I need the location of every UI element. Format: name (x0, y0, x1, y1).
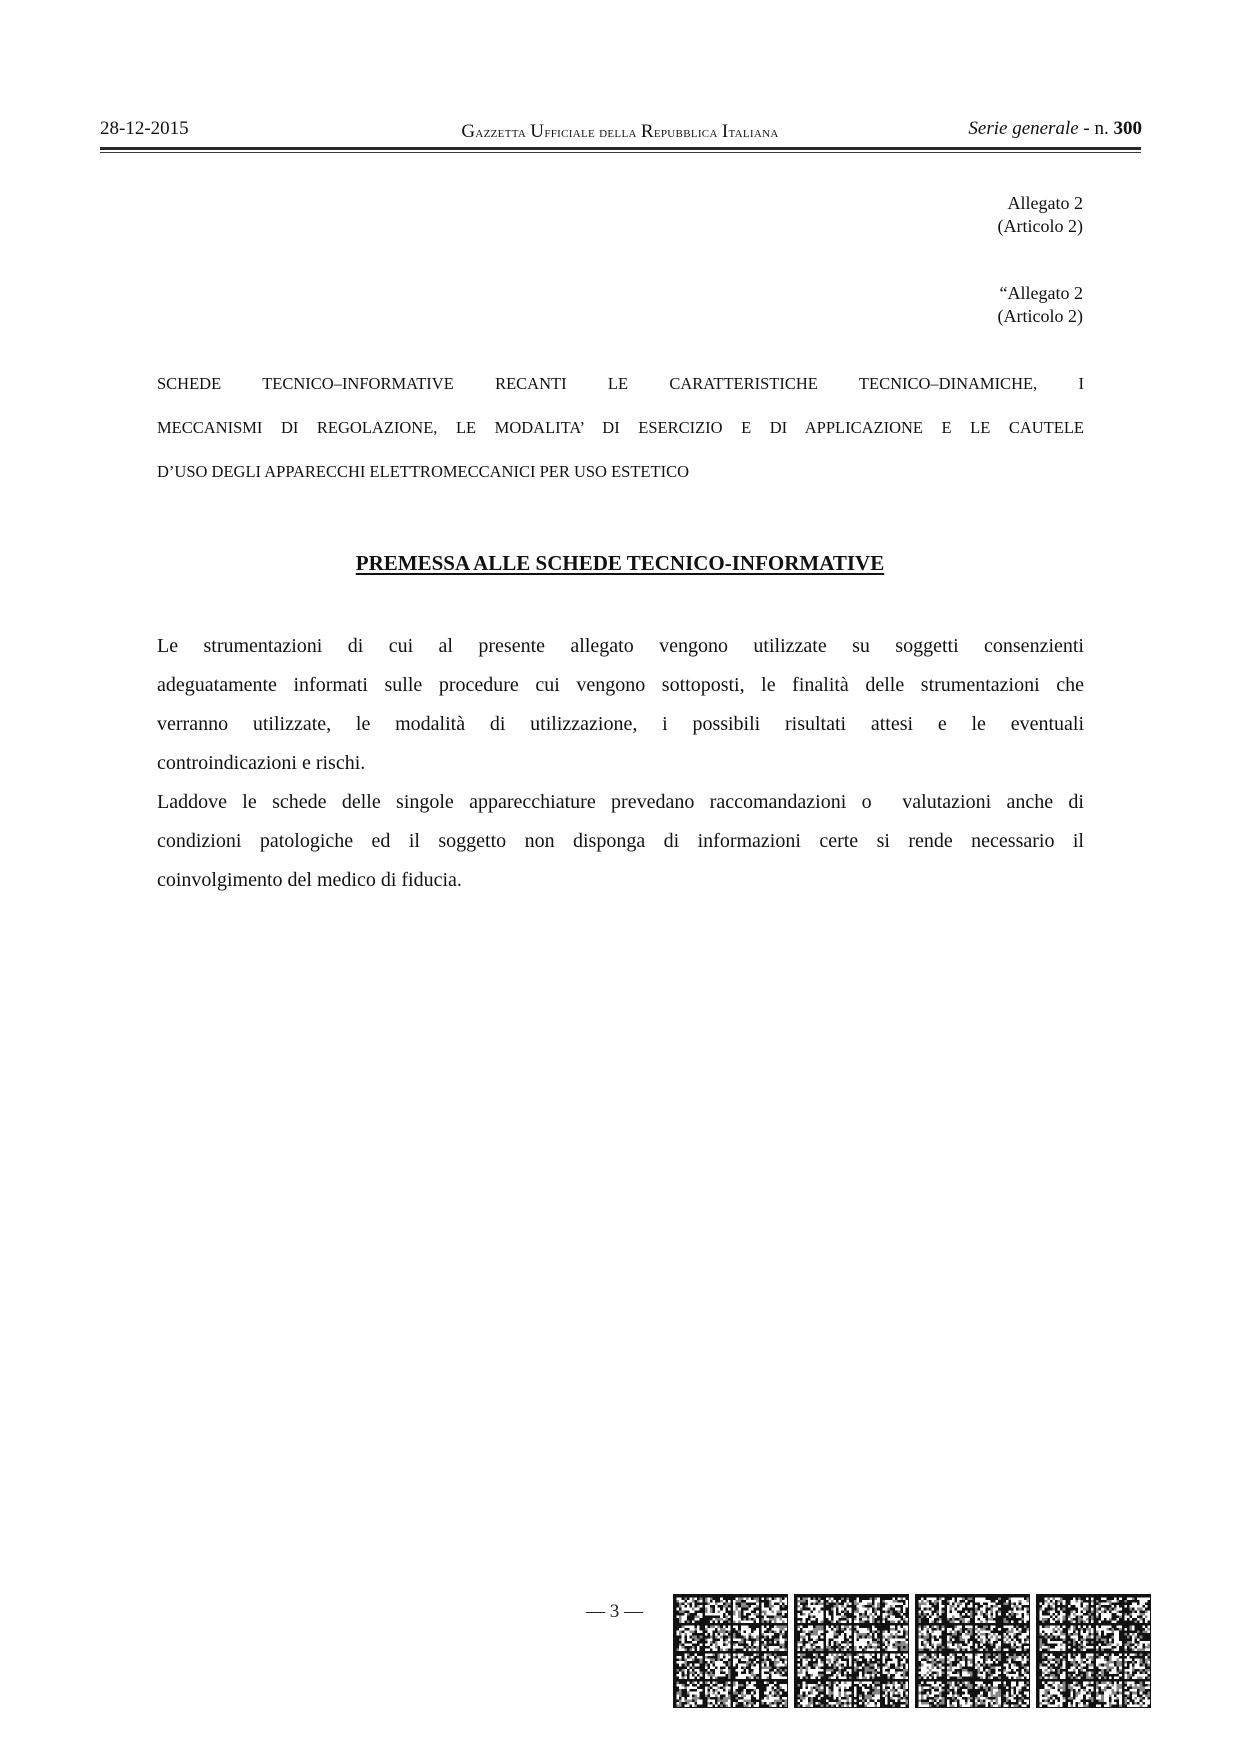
datamatrix-code-icon (673, 1594, 788, 1708)
article-label: (Articolo 2) (998, 215, 1083, 238)
datamatrix-code-icon (915, 1594, 1030, 1708)
text-line: coinvolgimento del medico di fiducia. (157, 861, 1084, 900)
text-line: Laddove le schede delle singole apparecc… (157, 783, 1084, 822)
datamatrix-code-icon (1036, 1594, 1151, 1708)
header-rule-thin (100, 152, 1141, 153)
title-line: MECCANISMI DI REGOLAZIONE, LE MODALITA’ … (157, 406, 1084, 450)
text-line: adeguatamente informati sulle procedure … (157, 666, 1084, 705)
annex-reference-quoted: “Allegato 2 (Articolo 2) (998, 282, 1083, 328)
text-line: verranno utilizzate, le modalità di util… (157, 705, 1084, 744)
section-heading: PREMESSA ALLE SCHEDE TECNICO-INFORMATIVE (0, 551, 1240, 576)
annex-label: “Allegato 2 (998, 282, 1083, 305)
datamatrix-code-icon (794, 1594, 909, 1708)
header-rule-thick (100, 147, 1141, 150)
text-line: controindicazioni e rischi. (157, 744, 1084, 783)
document-title: SCHEDE TECNICO–INFORMATIVE RECANTI LE CA… (157, 362, 1084, 494)
article-label: (Articolo 2) (998, 305, 1083, 328)
text-line: condizioni patologiche ed il soggetto no… (157, 822, 1084, 861)
title-part-4: Italiana (722, 124, 779, 141)
series-number: 300 (1114, 118, 1143, 139)
title-part-1: Gazzetta (461, 124, 530, 141)
title-line: D’USO DEGLI APPARECCHI ELETTROMECCANICI … (157, 450, 1084, 494)
series-separator: - n. (1079, 118, 1114, 139)
series-label: Serie generale (968, 118, 1078, 139)
footer-codes (673, 1594, 1151, 1708)
paragraph: Le strumentazioni di cui al presente all… (157, 627, 1084, 783)
title-part-3: Repubblica (641, 124, 722, 141)
annex-reference: Allegato 2 (Articolo 2) (998, 192, 1083, 238)
paragraph: Laddove le schede delle singole apparecc… (157, 783, 1084, 900)
body-text: Le strumentazioni di cui al presente all… (157, 627, 1084, 900)
title-line: SCHEDE TECNICO–INFORMATIVE RECANTI LE CA… (157, 362, 1084, 406)
annex-label: Allegato 2 (998, 192, 1083, 215)
text-line: Le strumentazioni di cui al presente all… (157, 627, 1084, 666)
header-series: Serie generale - n. 300 (968, 118, 1142, 140)
title-part-2: Ufficiale della (530, 124, 641, 141)
page-number: — 3 — (586, 1601, 643, 1623)
